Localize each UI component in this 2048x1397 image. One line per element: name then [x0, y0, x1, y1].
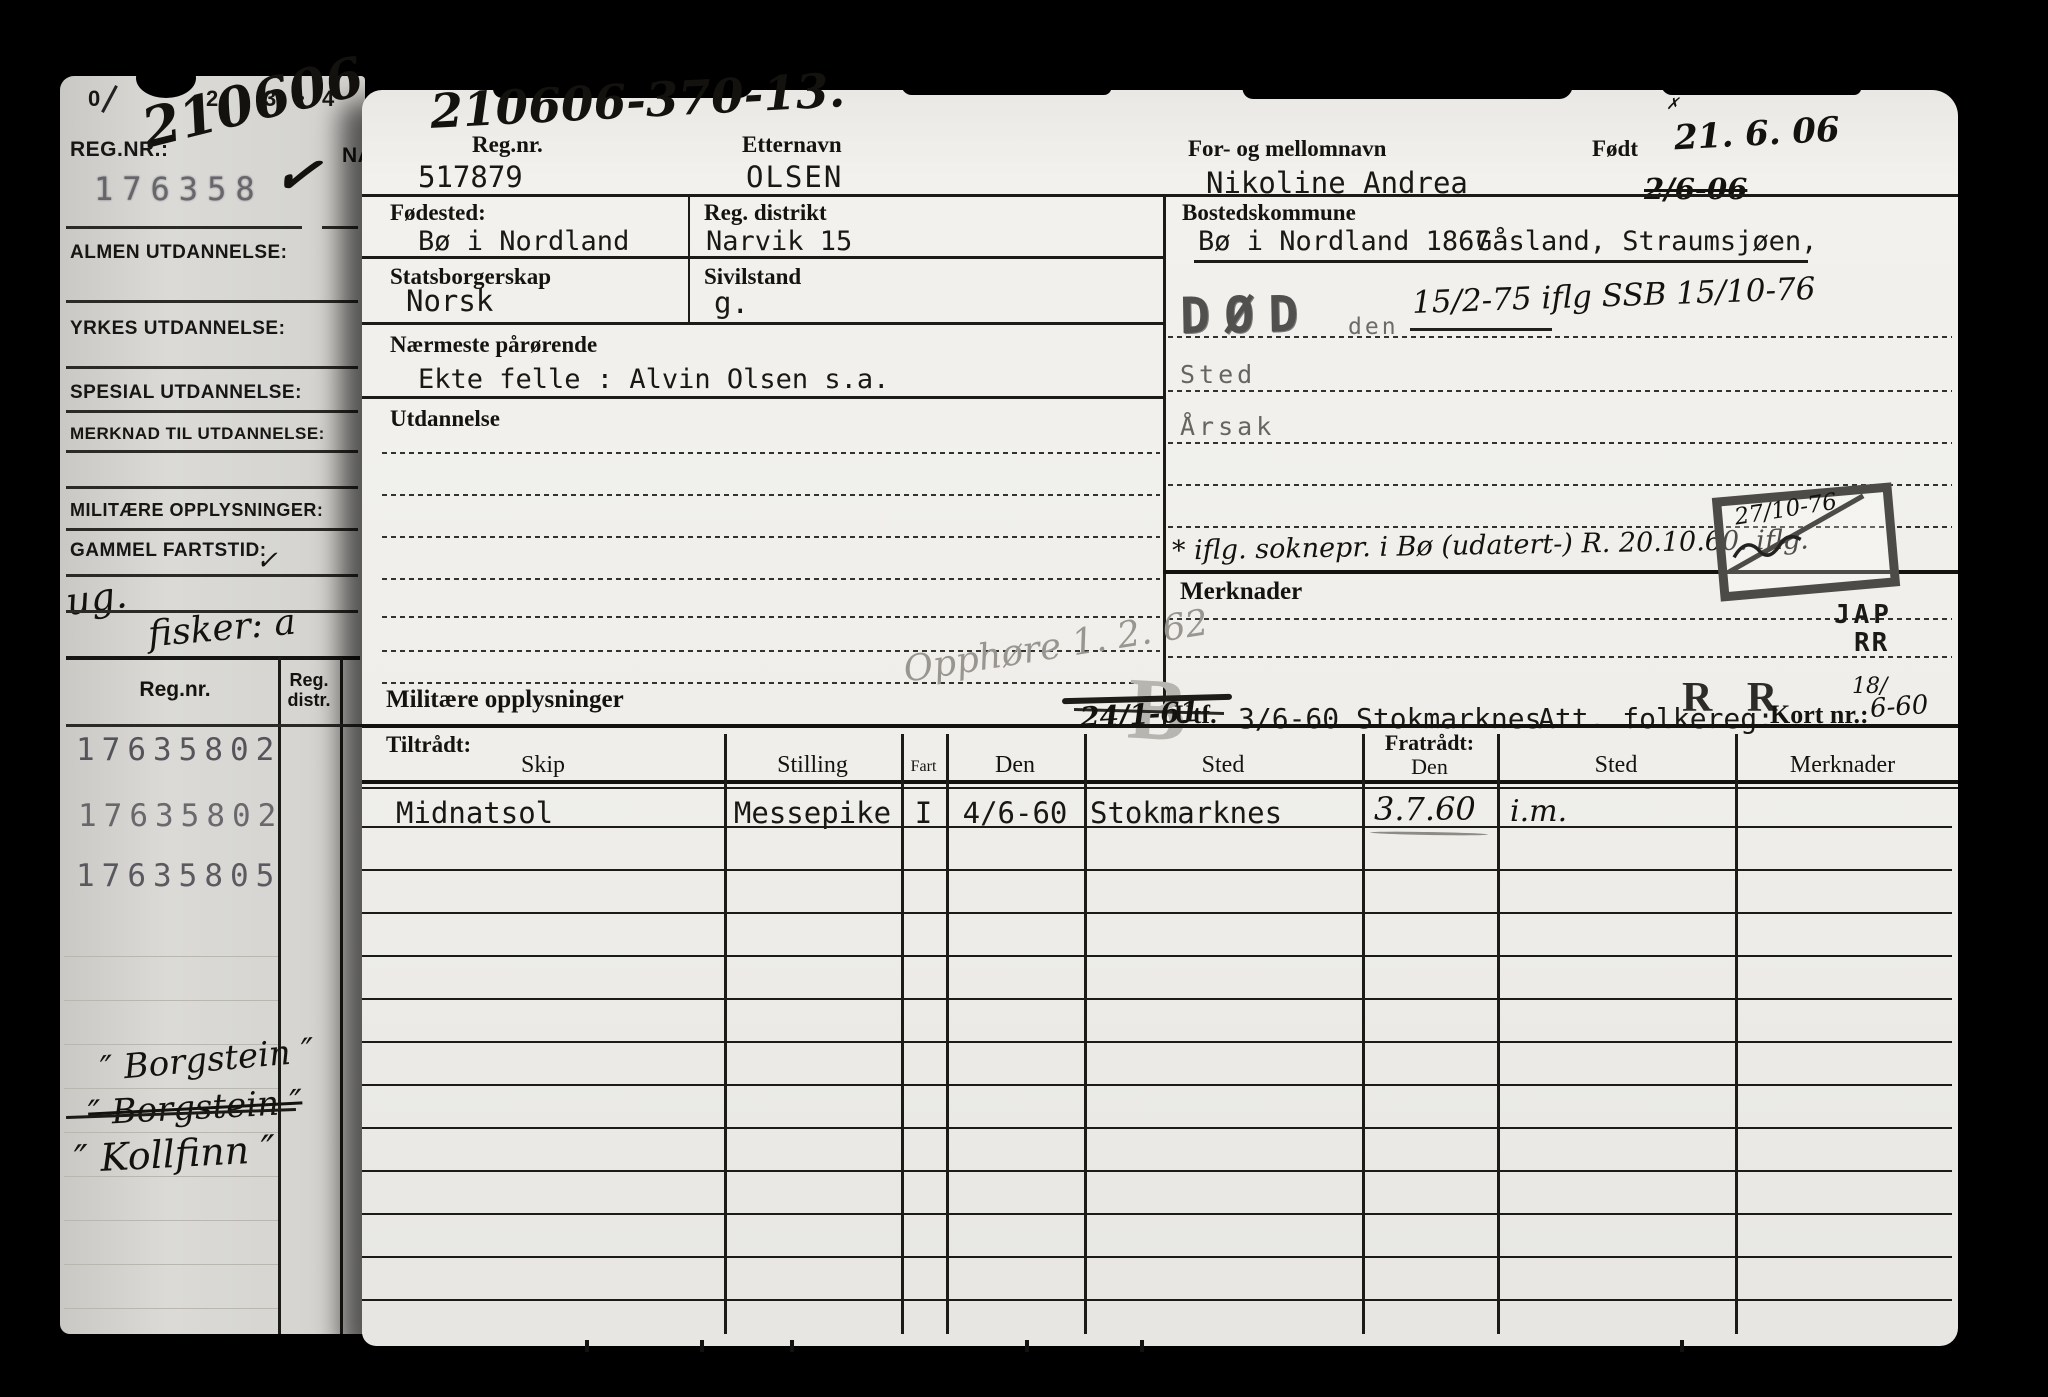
left-card: 0 2 3 4 210606 REG.NR.: NA 176358 ✓ ALME… [60, 76, 365, 1334]
dod-handwritten-date: 15/2-75 iflg SSB 15/10-76 [1411, 271, 1816, 321]
edge-tick [790, 1340, 794, 1352]
bostedskommune-label: Bostedskommune [1182, 200, 1356, 226]
row-rule [362, 1084, 1952, 1086]
rule [66, 226, 302, 229]
rule [362, 322, 1163, 325]
edge-tick [1680, 1340, 1684, 1352]
row-den: 4/6-60 [946, 796, 1084, 830]
fodested-value: Bø i Nordland [418, 226, 629, 257]
row-rule [362, 1213, 1952, 1215]
label-gammel-fartstid: GAMMEL FARTSTID: [70, 540, 267, 562]
fodt-correction-mark: ✗ [1666, 94, 1679, 113]
rule [66, 486, 358, 489]
row-skip: Midnatsol [396, 796, 553, 830]
label-militaere-opplysninger: MILITÆRE OPPLYSNINGER: [70, 500, 323, 521]
rule [362, 256, 1163, 259]
regdistrikt-label: Reg. distrikt [704, 200, 827, 226]
faint-rule [64, 956, 278, 957]
table-column-line [1084, 734, 1087, 1334]
rule [362, 194, 1958, 197]
rule [66, 450, 358, 453]
numtable-header-reg: Reg. [282, 670, 336, 691]
regdistrikt-value: Narvik 15 [706, 226, 852, 257]
row-sted: Stokmarknes [1090, 796, 1282, 830]
col-header-merknader: Merknader [1735, 752, 1950, 779]
handwriting-check: ✓ [256, 546, 278, 576]
col-header-skip: Skip [368, 752, 718, 779]
kort-nr-value: 6-60 [1869, 690, 1929, 724]
torn-edge [901, 86, 1112, 95]
rule [66, 528, 358, 531]
label-almen-utdannelse: ALMEN UTDANNELSE: [70, 242, 288, 264]
handwriting-ug: ug. [63, 572, 129, 624]
date-stamp-box: 27/10-76 [1712, 482, 1900, 601]
row-rule [362, 912, 1952, 914]
torn-edge [1661, 86, 1863, 95]
merknader-label: Merknader [1180, 578, 1302, 606]
table-top-rule [362, 724, 1958, 728]
row-fart: I [901, 796, 946, 830]
torn-edge [1241, 86, 1572, 99]
row-rule [362, 998, 1952, 1000]
table-header-rule-2 [362, 787, 1958, 789]
rule [66, 410, 358, 413]
row-rule [362, 1256, 1952, 1258]
col-header-fratradt-den: Den [1362, 754, 1497, 780]
row-stilling: Messepike [724, 796, 901, 830]
col-header-sted: Sted [1084, 752, 1362, 779]
arsak-label: Årsak [1180, 412, 1275, 441]
row-sted2: i.m. [1510, 794, 1567, 829]
fodt-struck-date: 2/6-06 [1644, 172, 1747, 206]
sivilstand-value: g. [714, 286, 749, 320]
fodt-handwritten-date: 21. 6. 06 [1673, 110, 1841, 159]
rule-heavy [66, 656, 360, 660]
fodt-label: Født [1592, 136, 1638, 162]
stamped-number-row: 17635805 [76, 858, 281, 894]
row-rule [362, 955, 1952, 957]
underline [1472, 260, 1808, 263]
dotted-rule [1168, 656, 1952, 658]
edge-tick [700, 1340, 704, 1352]
label-yrkes-utdannelse: YRKES UTDANNELSE: [70, 318, 285, 340]
underline [1410, 328, 1552, 331]
row-rule [362, 826, 1952, 828]
table-header-rule [362, 780, 1958, 784]
faint-rule [64, 1000, 278, 1001]
row-rule [362, 1127, 1952, 1129]
edge-tick [1025, 1340, 1029, 1352]
initials-rr: RR [1854, 628, 1889, 658]
row-rule [362, 869, 1952, 871]
etternavn-value: OLSEN [746, 160, 843, 194]
bostedskommune-value-1: Bø i Nordland 1867 [1198, 226, 1491, 257]
ship-name-borgstein: ″ Borgstein ″ [99, 1031, 316, 1090]
checkmark: ✓ [270, 139, 326, 211]
dotted-rule [1168, 390, 1952, 392]
col-header-sted2: Sted [1497, 752, 1735, 779]
stamped-number-row: 17635802 [76, 732, 281, 768]
table-column-line [1362, 734, 1365, 1334]
bostedskommune-value-2: Gåsland, Straumsjøen, [1476, 226, 1817, 257]
dotted-rule [1168, 336, 1952, 338]
rule [362, 396, 1163, 399]
row-rule [362, 1041, 1952, 1043]
numtable-header-distr: distr. [282, 690, 336, 711]
faint-rule [64, 1264, 278, 1265]
dotted-rule [1168, 484, 1952, 486]
numtable-header-regnr: Reg.nr. [80, 678, 270, 702]
dotted-rule [382, 578, 1160, 580]
initials-jap: JAP [1834, 600, 1893, 630]
row-fratradt-den: 3.7.60 [1374, 790, 1476, 828]
ruler-tick [101, 85, 118, 113]
table-column-line [1497, 734, 1500, 1334]
col-header-den: Den [946, 752, 1084, 779]
death-source-note: * iflg. soknepr. i Bø (udatert-) R. 20.1… [1172, 524, 1809, 566]
dotted-rule [382, 682, 1160, 684]
faint-rule [64, 1220, 278, 1221]
statsborgerskap-value: Norsk [406, 284, 493, 318]
main-card: 210606-370-13. Reg.nr. 517879 Etternavn … [362, 90, 1958, 1346]
dotted-rule [1168, 442, 1952, 444]
dotted-rule [382, 616, 1160, 618]
stamped-regnr: 176358 [94, 170, 264, 208]
dotted-rule [382, 494, 1160, 496]
column-divider [340, 657, 343, 1334]
mellomnavn-label: For- og mellomnavn [1188, 136, 1386, 162]
rule [66, 300, 358, 303]
etternavn-label: Etternavn [742, 132, 842, 158]
dotted-rule [382, 452, 1160, 454]
utdannelse-label: Utdannelse [390, 406, 500, 432]
label-merknad-utdannelse: MERKNAD TIL UTDANNELSE: [70, 424, 325, 444]
edge-tick [585, 1340, 589, 1352]
label-spesial-utdannelse: SPESIAL UTDANNELSE: [70, 382, 302, 404]
militare-opplysninger-label: Militære opplysninger [386, 686, 624, 714]
col-header-fart: Fart [901, 758, 946, 776]
rule [66, 366, 358, 369]
ruler-mark-0: 0 [88, 86, 101, 112]
regnr-value: 517879 [418, 160, 523, 194]
col-header-stilling: Stilling [724, 752, 901, 779]
table-column-line [1735, 734, 1738, 1334]
rule [322, 226, 358, 229]
regnr-label: Reg.nr. [472, 132, 543, 158]
dotted-rule [382, 536, 1160, 538]
parorende-label: Nærmeste pårørende [390, 332, 597, 358]
row-rule [362, 1170, 1952, 1172]
row-rule [362, 1299, 1952, 1301]
scanned-document-page: 0 2 3 4 210606 REG.NR.: NA 176358 ✓ ALME… [0, 0, 2048, 1397]
pencil-underline [1370, 831, 1488, 836]
ship-name-kollfinn: ″ Kollfinn ″ [73, 1127, 276, 1181]
stamped-number-row: 17635802 [78, 798, 283, 834]
regnr-label: REG.NR.: [70, 138, 169, 162]
parorende-value: Ekte felle : Alvin Olsen s.a. [418, 364, 889, 395]
faint-rule [64, 1308, 278, 1309]
fodested-label: Fødested: [390, 200, 486, 226]
fratradt-label: Fratrådt: [1362, 730, 1497, 756]
sted-label: Sted [1180, 360, 1256, 389]
edge-tick [1140, 1340, 1144, 1352]
rule [66, 724, 362, 727]
underline [1194, 260, 1486, 263]
handwritten-file-number: 210606-370-13. [429, 63, 846, 140]
